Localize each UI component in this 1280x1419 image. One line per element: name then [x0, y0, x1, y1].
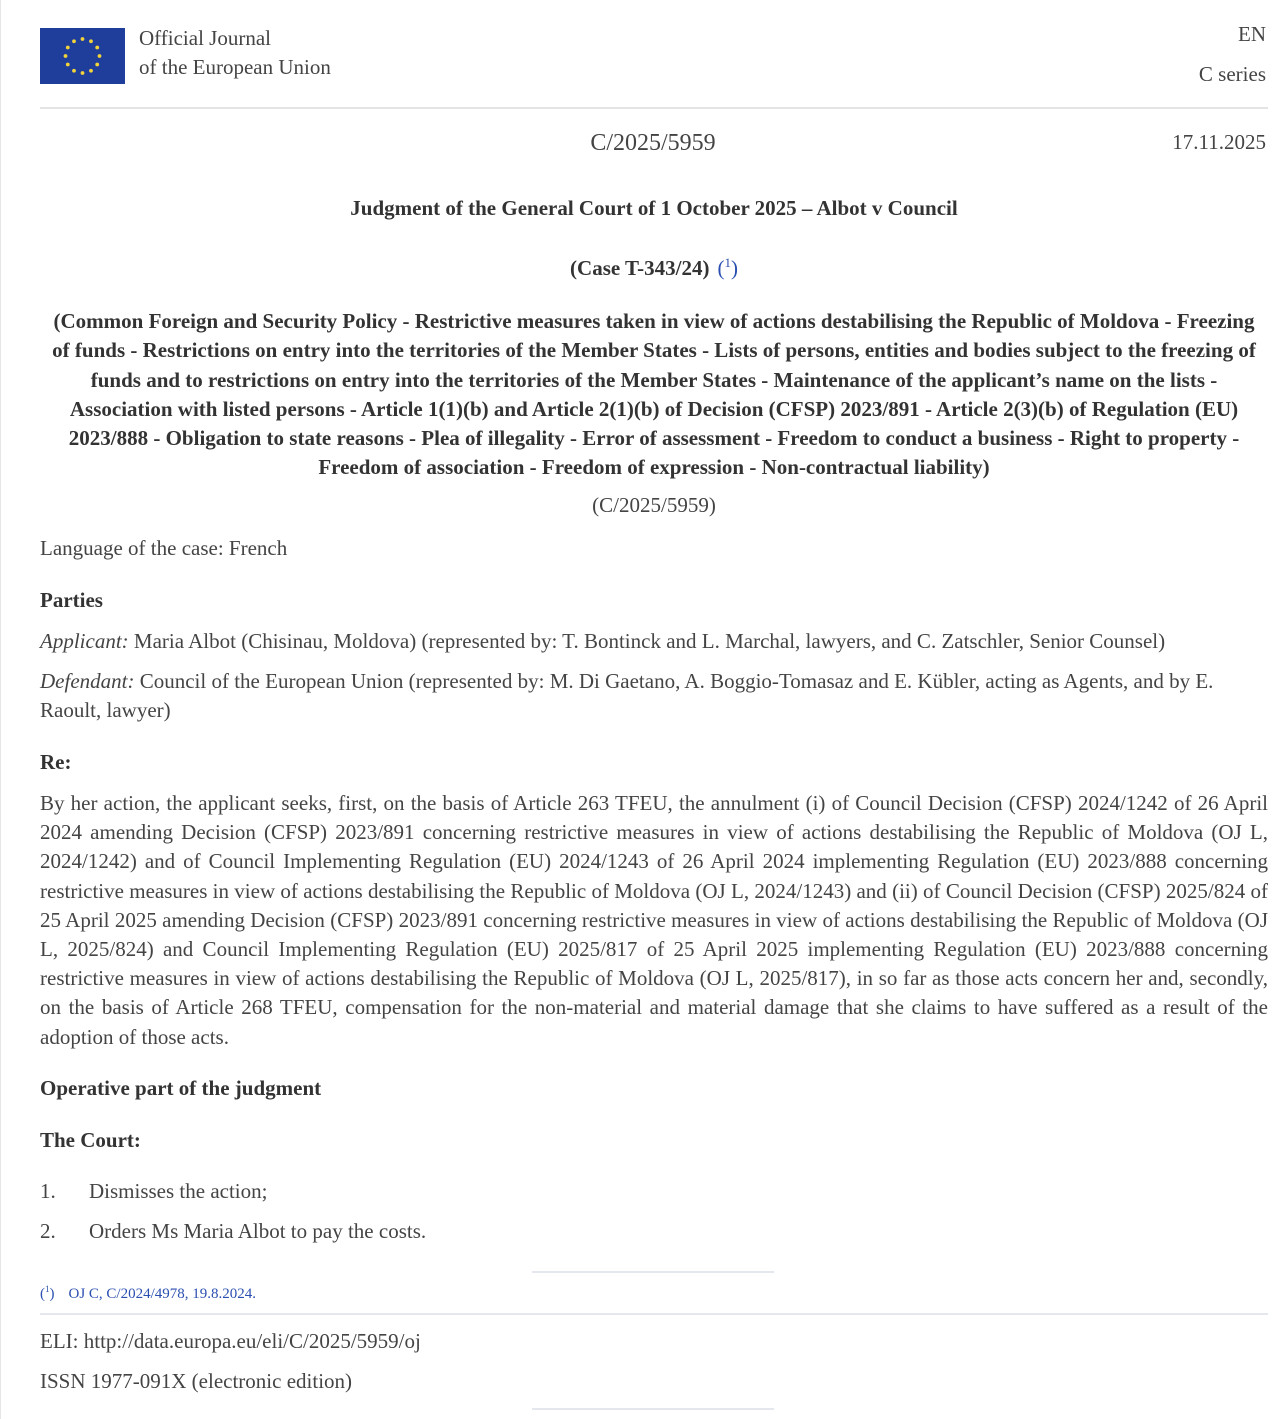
- re-heading: Re:: [40, 748, 1268, 777]
- header-divider: [40, 107, 1268, 109]
- item-number: 2.: [40, 1217, 89, 1246]
- eli-identifier: ELI: http://data.europa.eu/eli/C/2025/59…: [40, 1327, 1268, 1356]
- court-heading: The Court:: [40, 1126, 1268, 1155]
- footnote-text[interactable]: OJ C, C/2024/4978, 19.8.2024.: [69, 1286, 257, 1302]
- document-sub-id: (C/2025/5959): [40, 493, 1268, 518]
- issn-number: ISSN 1977-091X (electronic edition): [40, 1367, 1268, 1396]
- applicant-text: Maria Albot (Chisinau, Moldova) (represe…: [129, 629, 1165, 653]
- operative-item: 2. Orders Ms Maria Albot to pay the cost…: [40, 1217, 1268, 1246]
- journal-title-line2: of the European Union: [139, 53, 331, 82]
- end-separator: [532, 1408, 774, 1410]
- item-number: 1.: [40, 1177, 89, 1206]
- re-body: By her action, the applicant seeks, firs…: [40, 789, 1268, 1052]
- defendant-paragraph: Defendant: Council of the European Union…: [40, 667, 1268, 725]
- footnote-separator: [532, 1271, 774, 1273]
- journal-title: Official Journal of the European Union: [139, 24, 331, 82]
- case-number-text: (Case T-343/24): [570, 256, 709, 280]
- language-code: EN: [1238, 22, 1266, 47]
- journal-header: Official Journal of the European Union E…: [40, 24, 1268, 108]
- page-border: [0, 0, 1, 1419]
- series-label: C series: [1199, 62, 1266, 87]
- publication-date: 17.11.2025: [1172, 130, 1266, 155]
- case-number: (Case T-343/24)(1): [40, 255, 1268, 281]
- defendant-text: Council of the European Union (represent…: [40, 669, 1213, 722]
- journal-title-line1: Official Journal: [139, 24, 331, 53]
- item-text: Orders Ms Maria Albot to pay the costs.: [89, 1217, 426, 1246]
- item-text: Dismisses the action;: [89, 1177, 267, 1206]
- applicant-paragraph: Applicant: Maria Albot (Chisinau, Moldov…: [40, 627, 1268, 656]
- eu-flag-icon: [40, 28, 125, 84]
- defendant-label: Defendant:: [40, 669, 134, 693]
- footnote-back-link[interactable]: (1): [40, 1286, 55, 1302]
- judgment-title: Judgment of the General Court of 1 Octob…: [40, 196, 1268, 221]
- footnote-reference-link[interactable]: (1): [717, 256, 738, 280]
- document-id: C/2025/5959: [0, 130, 1280, 157]
- parties-heading: Parties: [40, 586, 1268, 615]
- footnote: (1)OJ C, C/2024/4978, 19.8.2024.: [40, 1284, 256, 1303]
- footer-divider: [40, 1313, 1268, 1315]
- operative-part-heading: Operative part of the judgment: [40, 1074, 1268, 1103]
- applicant-label: Applicant:: [40, 629, 129, 653]
- case-subject-keywords: (Common Foreign and Security Policy - Re…: [40, 307, 1268, 483]
- operative-item: 1. Dismisses the action;: [40, 1177, 1268, 1206]
- language-of-case: Language of the case: French: [40, 534, 1268, 563]
